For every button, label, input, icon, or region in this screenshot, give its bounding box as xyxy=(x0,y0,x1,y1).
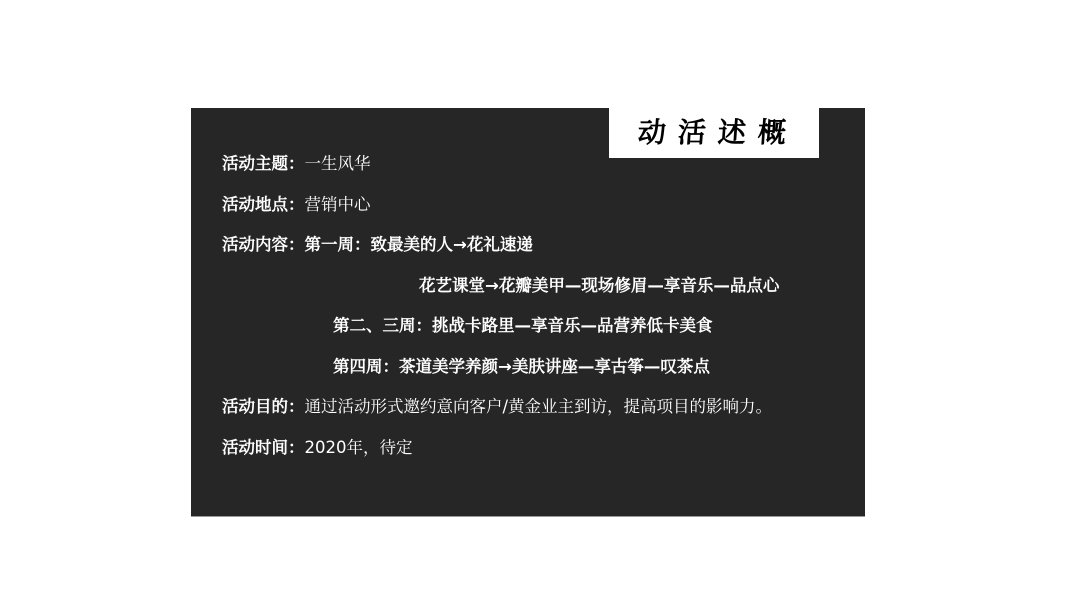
activity-purpose-value: 通过活动形式邀约意向客户/黄金业主到访，提高项目的影响力。 xyxy=(305,397,773,416)
title-box: 动活述概 xyxy=(609,104,819,158)
activity-time-row: 活动时间：2020年，待定 xyxy=(222,437,413,459)
activity-purpose-label: 活动目的： xyxy=(222,397,305,416)
activity-location-label: 活动地点： xyxy=(222,195,305,214)
activity-theme-value: 一生风华 xyxy=(305,154,371,173)
activity-location-row: 活动地点：营销中心 xyxy=(222,194,371,216)
slide: 动活述概 活动主题：一生风华 活动地点：营销中心 活动内容：第一周：致最美的人→… xyxy=(0,0,1080,608)
slide-title: 动活述概 xyxy=(629,111,800,151)
activity-location-value: 营销中心 xyxy=(305,195,371,214)
activity-purpose-row: 活动目的：通过活动形式邀约意向客户/黄金业主到访，提高项目的影响力。 xyxy=(222,396,772,418)
activity-content-week4: 第四周：茶道美学养颜→美肤讲座—享古筝—叹茶点 xyxy=(333,356,710,378)
activity-time-label: 活动时间： xyxy=(222,438,305,457)
activity-theme-row: 活动主题：一生风华 xyxy=(222,153,371,175)
activity-content-week1: 第一周：致最美的人→花礼速递 xyxy=(305,235,533,254)
activity-content-week2-3: 第二、三周：挑战卡路里—享音乐—品营养低卡美食 xyxy=(333,315,713,337)
activity-time-value: 2020年，待定 xyxy=(305,438,413,457)
activity-content-label: 活动内容： xyxy=(222,235,305,254)
activity-content-row: 活动内容：第一周：致最美的人→花礼速递 xyxy=(222,234,533,256)
activity-theme-label: 活动主题： xyxy=(222,154,305,173)
activity-content-week1-detail: 花艺课堂→花瓣美甲—现场修眉—享音乐—品点心 xyxy=(419,275,779,297)
